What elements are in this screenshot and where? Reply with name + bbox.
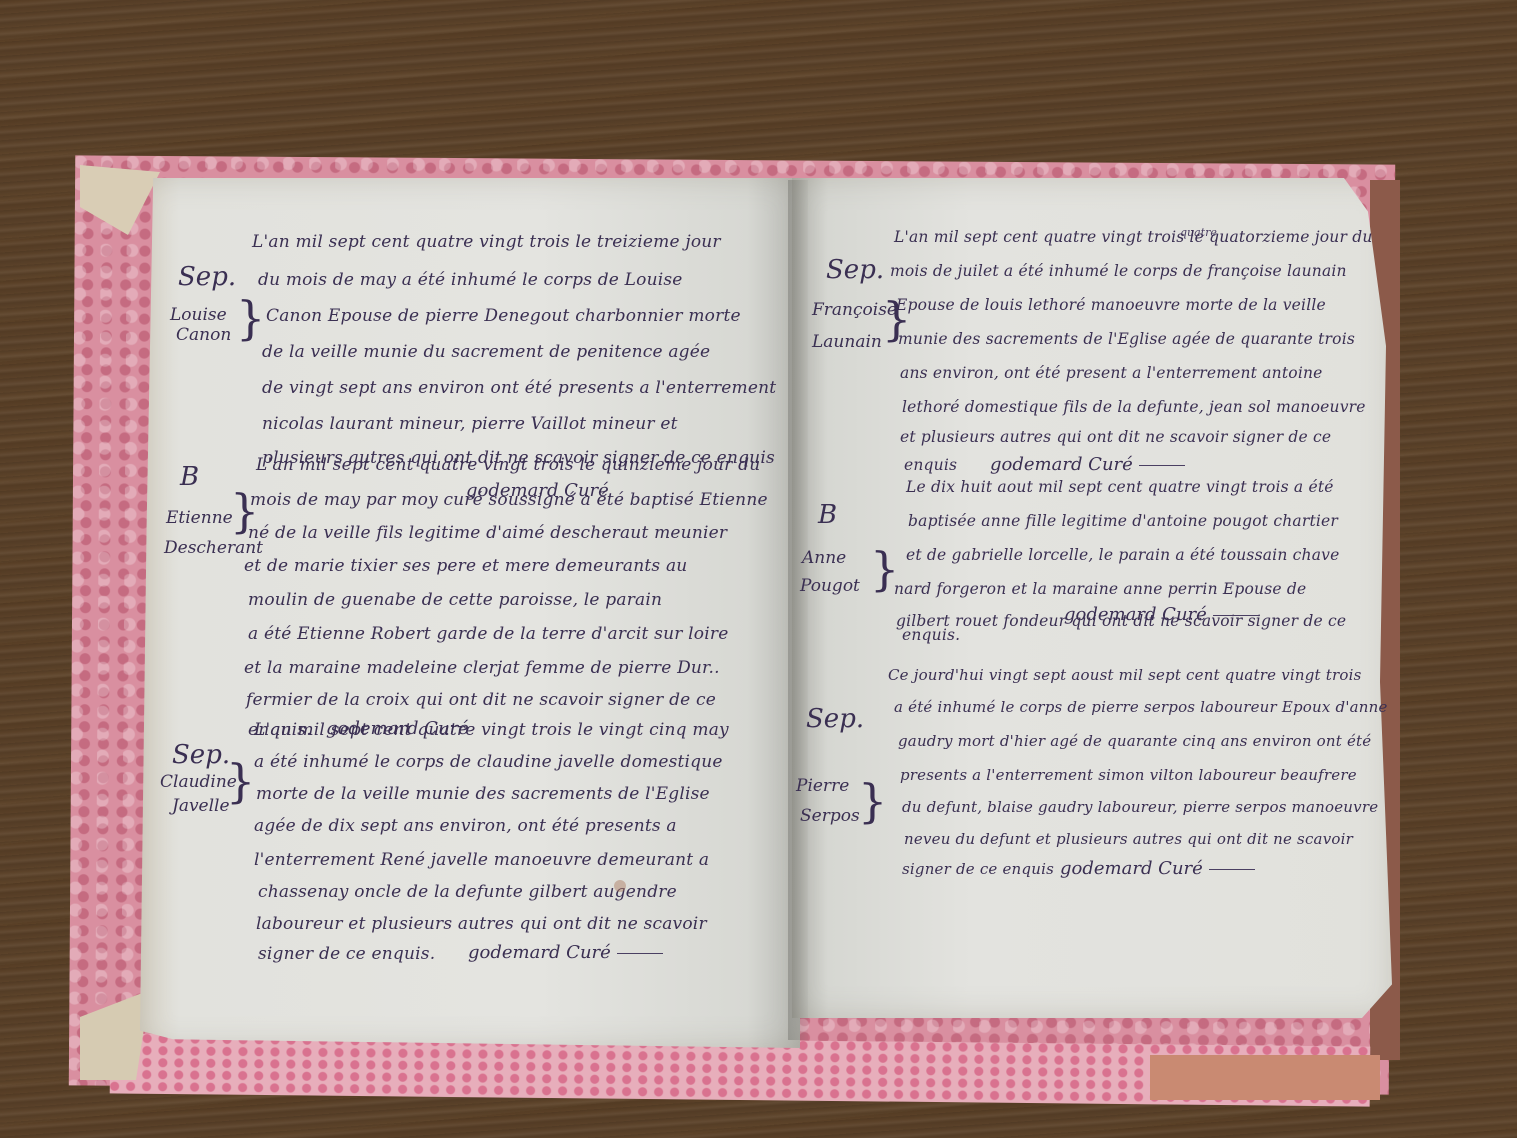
entry-line: fermier de la croix qui ont dit ne scavo…: [246, 690, 716, 710]
margin-name: Louise: [170, 305, 227, 325]
entry-line: et plusieurs autres qui ont dit ne scavo…: [900, 428, 1331, 446]
entry-line: enquis.: [902, 626, 960, 644]
entry-line: nard forgeron et la maraine anne perrin …: [894, 580, 1306, 598]
curate-signature: godemard Curé: [990, 454, 1185, 475]
curate-signature: godemard Curé: [1060, 858, 1255, 879]
brace-icon: }: [858, 778, 887, 824]
entry-line: mois de may par moy curé soussigné a été…: [250, 490, 768, 510]
curate-signature: godemard Curé: [468, 942, 663, 963]
entry-line: de vingt sept ans environ ont été presen…: [262, 378, 776, 398]
margin-code: Sep.: [826, 255, 884, 285]
book-spine-leather: [1150, 1055, 1380, 1100]
entry-line: du defunt, blaise gaudry laboureur, pier…: [902, 798, 1378, 816]
entry-line: l'enterrement René javelle manoeuvre dem…: [254, 850, 709, 870]
entry-line: mois de juilet a été inhumé le corps de …: [890, 262, 1347, 280]
paper-stain: [614, 880, 626, 892]
entry-line: Epouse de louis lethoré manoeuvre morte …: [896, 296, 1326, 314]
margin-name: Serpos: [800, 806, 860, 826]
signature-text: godemard Curé: [990, 454, 1133, 475]
margin-name: Pierre: [796, 776, 849, 796]
margin-name: Anne: [802, 548, 846, 568]
book-gutter: [788, 180, 808, 1040]
signature-text: godemard Curé: [468, 942, 611, 963]
brace-icon: }: [226, 758, 255, 804]
entry-line: neveu du defunt et plusieurs autres qui …: [904, 830, 1353, 848]
entry-line: a été inhumé le corps de pierre serpos l…: [894, 698, 1388, 716]
entry-line: et de marie tixier ses pere et mere deme…: [244, 556, 687, 576]
signature-text: godemard Curé: [1064, 604, 1207, 625]
entry-line: Canon Epouse de pierre Denegout charbonn…: [266, 306, 741, 326]
entry-line: enquis: [904, 456, 957, 474]
margin-name: Etienne: [166, 508, 233, 528]
entry-line: a été inhumé le corps de claudine javell…: [254, 752, 723, 772]
entry-line: et la maraine madeleine clerjat femme de…: [244, 658, 720, 678]
margin-code: Sep.: [172, 740, 230, 770]
margin-name: Javelle: [172, 796, 230, 816]
margin-code: Sep.: [806, 704, 864, 734]
margin-name: Launain: [812, 332, 882, 352]
margin-code: Sep.: [178, 262, 236, 292]
entry-line: Le dix huit aout mil sept cent quatre vi…: [906, 478, 1334, 496]
entry-line: lethoré domestique fils de la defunte, j…: [902, 398, 1366, 416]
entry-line: morte de la veille munie des sacrements …: [256, 784, 710, 804]
entry-line: L'an mil sept cent quatre vingt trois le…: [256, 455, 760, 475]
entry-line: a été Etienne Robert garde de la terre d…: [248, 624, 728, 644]
entry-line: moulin de guenabe de cette paroisse, le …: [248, 590, 662, 610]
curate-signature: godemard Curé: [1064, 604, 1259, 625]
entry-line: baptisée anne fille legitime d'antoine p…: [908, 512, 1338, 530]
signature-flourish: [1139, 465, 1185, 466]
margin-name: Pougot: [800, 576, 860, 596]
entry-line: né de la veille fils legitime d'aimé des…: [248, 523, 727, 543]
brace-icon: }: [236, 295, 265, 341]
margin-code: B: [818, 500, 837, 530]
entry-line: laboureur et plusieurs autres qui ont di…: [256, 914, 707, 934]
entry-line: L'an mil sept cent quatre vingt trois le…: [254, 720, 729, 740]
entry-line: munie des sacrements de l'Eglise agée de…: [898, 330, 1355, 348]
signature-flourish: [1213, 615, 1259, 616]
margin-code: B: [180, 462, 199, 492]
entry-line: ans environ, ont été present a l'enterre…: [900, 364, 1323, 382]
entry-line: Ce jourd'hui vingt sept aoust mil sept c…: [888, 666, 1361, 684]
entry-line: nicolas laurant mineur, pierre Vaillot m…: [262, 414, 678, 434]
entry-line: de la veille munie du sacrement de penit…: [262, 342, 710, 362]
entry-line: agée de dix sept ans environ, ont été pr…: [254, 816, 677, 836]
entry-line: presents a l'enterrement simon vilton la…: [900, 766, 1357, 784]
entry-line: du mois de may a été inhumé le corps de …: [258, 270, 683, 290]
entry-line: signer de ce enquis.: [258, 944, 435, 964]
entry-line: gaudry mort d'hier agé de quarante cinq …: [898, 732, 1371, 750]
entry-line: signer de ce enquis: [902, 860, 1054, 878]
signature-text: godemard Curé: [1060, 858, 1203, 879]
entry-line: et de gabrielle lorcelle, le parain a ét…: [906, 546, 1339, 564]
entry-line: L'an mil sept cent quatre vingt trois le…: [894, 228, 1373, 246]
margin-name: Canon: [176, 325, 231, 345]
signature-flourish: [617, 953, 663, 954]
entry-line: L'an mil sept cent quatre vingt trois le…: [252, 232, 721, 252]
signature-flourish: [1209, 869, 1255, 870]
